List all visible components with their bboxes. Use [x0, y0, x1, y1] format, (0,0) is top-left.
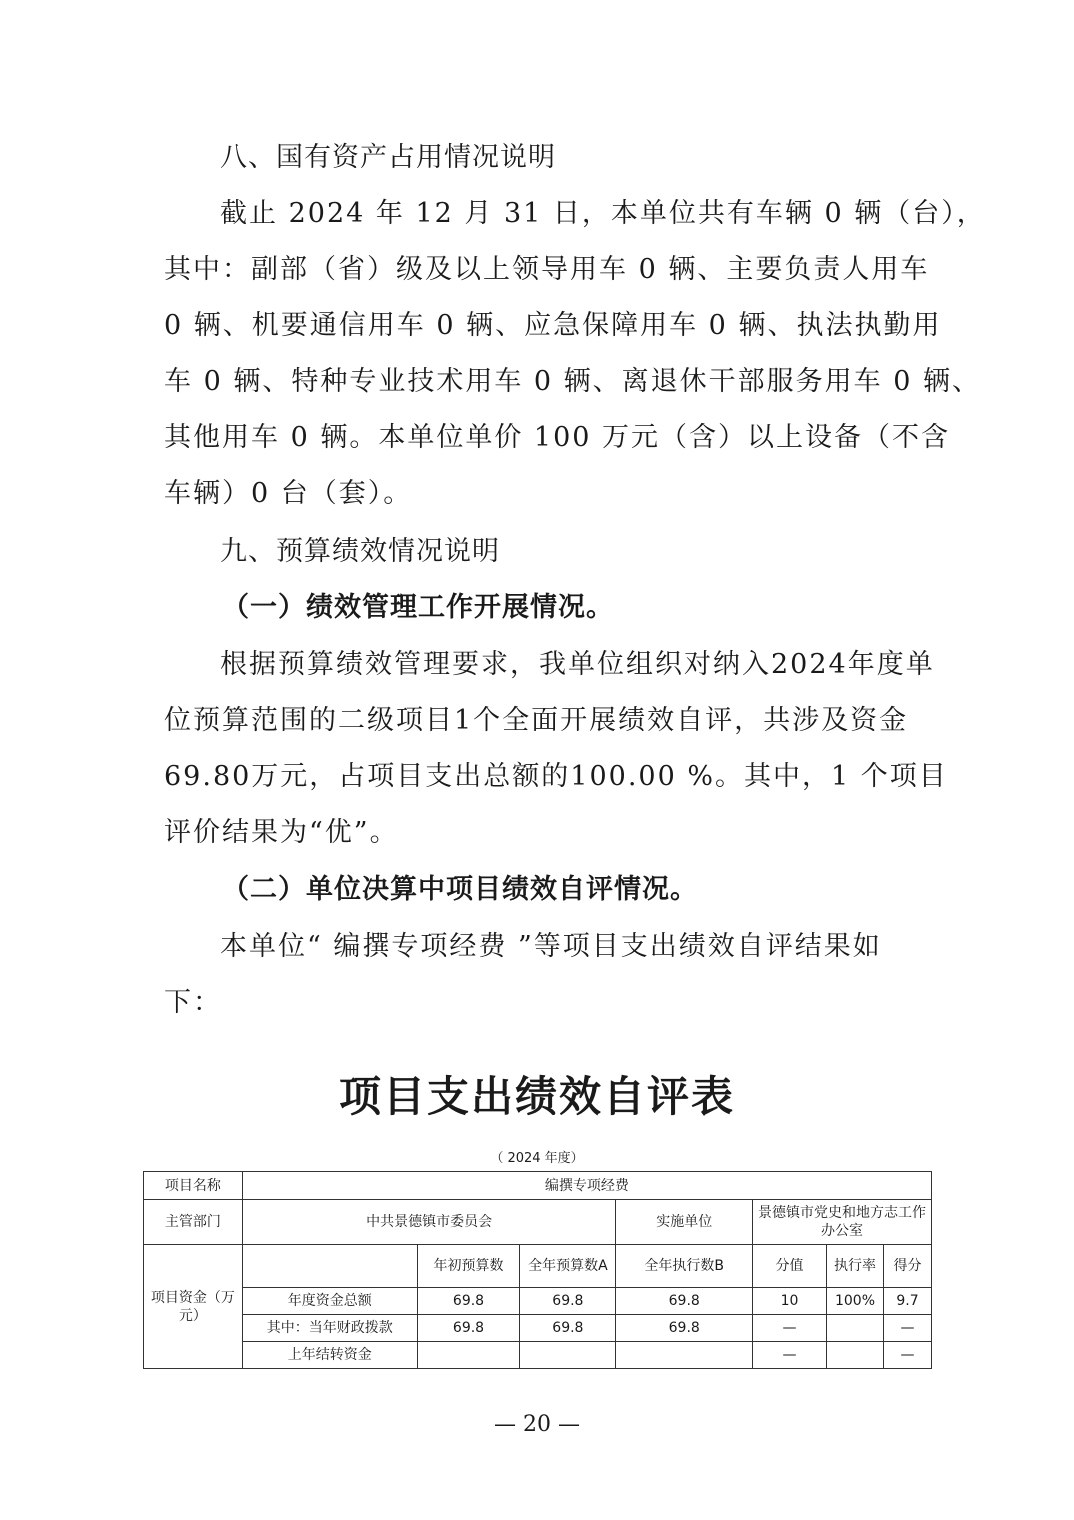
funds-label: 项目资金（万元） — [144, 1245, 243, 1369]
text-line: 本单位“ 编撰专项经费 ”等项目支出绩效自评结果如 — [220, 931, 980, 963]
table-row: 上年结转资金 — — — [144, 1342, 932, 1369]
row-label: 年度资金总额 — [242, 1288, 417, 1315]
header-cell: 执行率 — [827, 1245, 884, 1288]
cell: 69.8 — [417, 1315, 520, 1342]
header-cell: 年初预算数 — [417, 1245, 520, 1288]
cell: — — [883, 1315, 931, 1342]
page-number: — 20 — — [0, 1412, 1074, 1437]
text-line: 其他用车 0 辆。本单位单价 100 万元（含）以上设备（不含 — [164, 422, 924, 454]
text-line: 69.80万元，占项目支出总额的100.00 %。其中，1 个项目 — [164, 761, 924, 793]
header-cell — [242, 1245, 417, 1288]
text-line: 下： — [164, 987, 924, 1019]
table-row: 其中：当年财政拨款 69.8 69.8 69.8 — — — [144, 1315, 932, 1342]
cell: 69.8 — [616, 1315, 753, 1342]
text-line: 位预算范围的二级项目1个全面开展绩效自评，共涉及资金 — [164, 705, 924, 737]
project-name-value: 编撰专项经费 — [242, 1172, 931, 1200]
header-cell: 全年预算数A — [520, 1245, 616, 1288]
performance-table: 项目名称 编撰专项经费 主管部门 中共景德镇市委员会 实施单位 景德镇市党史和地… — [143, 1171, 932, 1369]
cell — [417, 1342, 520, 1369]
impl-label: 实施单位 — [616, 1200, 753, 1245]
text-line: 车辆）0 台（套）。 — [164, 478, 924, 510]
row-label: 其中：当年财政拨款 — [242, 1315, 417, 1342]
dept-label: 主管部门 — [144, 1200, 243, 1245]
cell: — — [753, 1315, 827, 1342]
project-name-label: 项目名称 — [144, 1172, 243, 1200]
table-year: （ 2024 年度） — [0, 1147, 1074, 1166]
header-cell: 得分 — [883, 1245, 931, 1288]
cell: — — [883, 1342, 931, 1369]
cell — [520, 1342, 616, 1369]
cell — [827, 1315, 884, 1342]
table-title: 项目支出绩效自评表 — [0, 1064, 1074, 1124]
cell: 100% — [827, 1288, 884, 1315]
cell: — — [753, 1342, 827, 1369]
row-label: 上年结转资金 — [242, 1342, 417, 1369]
text-line: 其中：副部（省）级及以上领导用车 0 辆、主要负责人用车 — [164, 254, 924, 286]
cell: 69.8 — [520, 1315, 616, 1342]
cell: 69.8 — [616, 1288, 753, 1315]
text-line: 根据预算绩效管理要求，我单位组织对纳入2024年度单 — [220, 649, 980, 681]
cell — [827, 1342, 884, 1369]
header-cell: 分值 — [753, 1245, 827, 1288]
impl-value: 景德镇市党史和地方志工作办公室 — [753, 1200, 932, 1245]
cell: 69.8 — [520, 1288, 616, 1315]
subsection-2-heading: （二）单位决算中项目绩效自评情况。 — [222, 874, 982, 906]
text-line: 截止 2024 年 12 月 31 日，本单位共有车辆 0 辆（台）， — [220, 198, 980, 230]
text-line: 车 0 辆、特种专业技术用车 0 辆、离退休干部服务用车 0 辆、 — [164, 366, 924, 398]
section-8-heading: 八、国有资产占用情况说明 — [220, 142, 980, 174]
cell: 10 — [753, 1288, 827, 1315]
cell: 9.7 — [883, 1288, 931, 1315]
cell: 69.8 — [417, 1288, 520, 1315]
table-row: 项目名称 编撰专项经费 — [144, 1172, 932, 1200]
subsection-1-heading: （一）绩效管理工作开展情况。 — [222, 592, 982, 624]
header-cell: 全年执行数B — [616, 1245, 753, 1288]
dept-value: 中共景德镇市委员会 — [242, 1200, 615, 1245]
cell — [616, 1342, 753, 1369]
table-row: 主管部门 中共景德镇市委员会 实施单位 景德镇市党史和地方志工作办公室 — [144, 1200, 932, 1245]
text-line: 评价结果为“优”。 — [164, 817, 924, 849]
section-9-heading: 九、预算绩效情况说明 — [220, 536, 980, 568]
table-header-row: 项目资金（万元） 年初预算数 全年预算数A 全年执行数B 分值 执行率 得分 — [144, 1245, 932, 1288]
table-row: 年度资金总额 69.8 69.8 69.8 10 100% 9.7 — [144, 1288, 932, 1315]
text-line: 0 辆、机要通信用车 0 辆、应急保障用车 0 辆、执法执勤用 — [164, 310, 924, 342]
